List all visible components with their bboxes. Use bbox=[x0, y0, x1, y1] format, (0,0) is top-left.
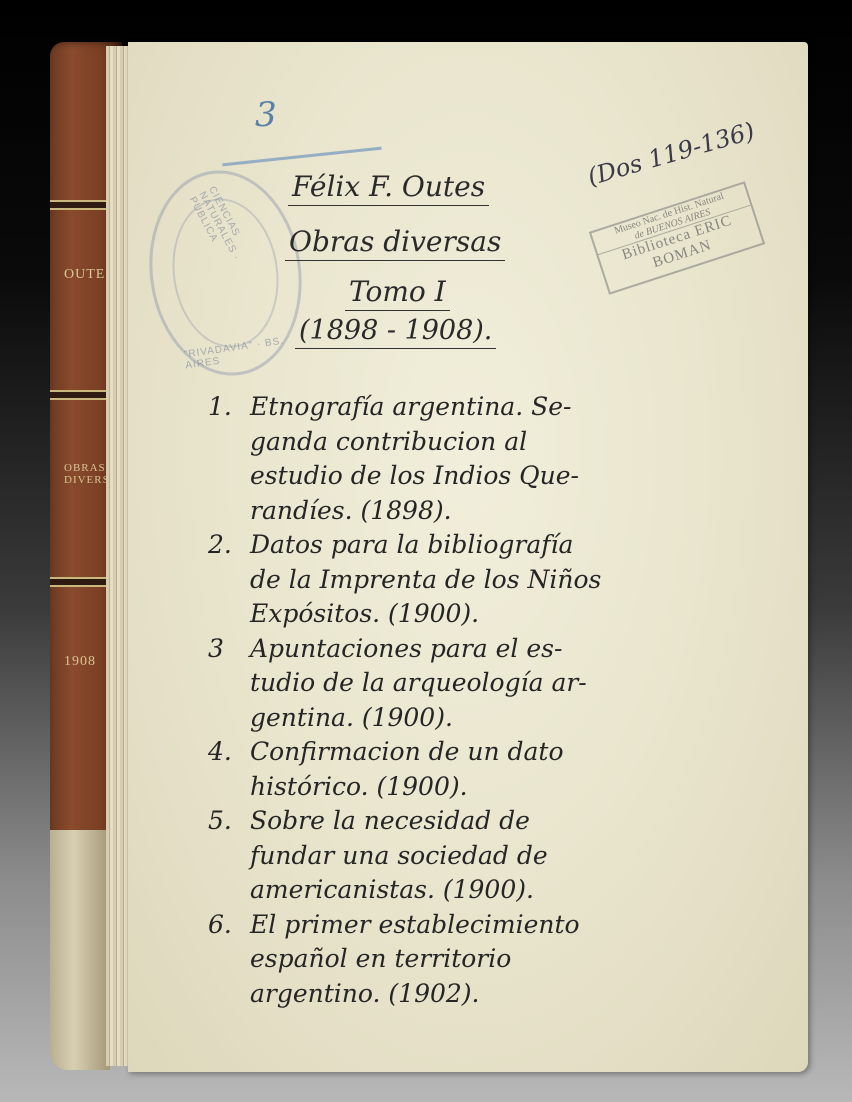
item-number: 6. bbox=[208, 908, 244, 943]
collection-title: Obras diversas bbox=[285, 225, 505, 261]
oval-stamp-text-top: CIENCIAS NATURALES · PUBLICA bbox=[187, 185, 276, 313]
contents-item: 3 Apuntaciones para el es- tudio de la a… bbox=[208, 632, 768, 736]
item-text: Datos para la bibliografía de la Imprent… bbox=[250, 528, 768, 632]
item-number: 2. bbox=[208, 528, 244, 563]
contents-item: 2. Datos para la bibliografía de la Impr… bbox=[208, 528, 768, 632]
item-text: Etnografía argentina. Se- ganda contribu… bbox=[250, 390, 768, 528]
item-number: 3 bbox=[208, 632, 244, 667]
item-text: El primer establecimiento español en ter… bbox=[250, 908, 768, 1012]
item-text: Apuntaciones para el es- tudio de la arq… bbox=[250, 632, 768, 736]
item-number: 1. bbox=[208, 390, 244, 425]
item-number: 4. bbox=[208, 735, 244, 770]
worn-spine-bottom bbox=[50, 830, 110, 1070]
volume-label: Tomo I bbox=[345, 275, 450, 311]
contents-item: 6. El primer establecimiento español en … bbox=[208, 908, 768, 1012]
contents-item: 5. Sobre la necesidad de fundar una soci… bbox=[208, 804, 768, 908]
item-number: 5. bbox=[208, 804, 244, 839]
shelf-number: 3 bbox=[255, 95, 277, 135]
item-text: Confirmacion de un dato histórico. (1900… bbox=[250, 735, 768, 804]
author-name: Félix F. Outes bbox=[288, 170, 489, 206]
contents-item: 4. Confirmacion de un dato histórico. (1… bbox=[208, 735, 768, 804]
contents-item: 1. Etnografía argentina. Se- ganda contr… bbox=[208, 390, 768, 528]
contents-list: 1. Etnografía argentina. Se- ganda contr… bbox=[208, 390, 768, 1011]
date-range: (1898 - 1908). bbox=[295, 315, 496, 349]
item-text: Sobre la necesidad de fundar una socieda… bbox=[250, 804, 768, 908]
spine-years: 1908 bbox=[64, 654, 96, 670]
